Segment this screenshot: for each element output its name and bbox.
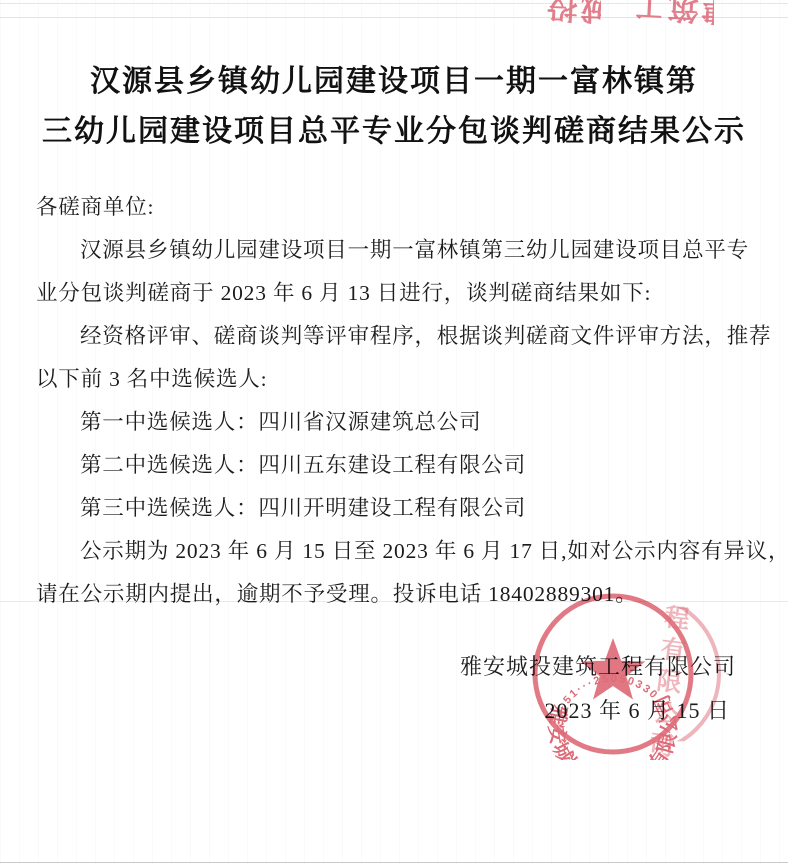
- title-line-2: 三幼儿园建设项目总平专业分包谈判磋商结果公示: [0, 107, 788, 157]
- paragraph-line: 以下前 3 名中选候选人:: [36, 358, 762, 401]
- paragraph-line: 汉源县乡镇幼儿园建设项目一期一富林镇第三幼儿园建设项目总平专: [36, 229, 762, 272]
- candidate-line-second: 第二中选候选人：四川五东建设工程有限公司: [36, 444, 762, 487]
- paragraph-line: 业分包谈判磋商于 2023 年 6 月 13 日进行，谈判磋商结果如下:: [36, 272, 762, 315]
- seal-offset-fragment: 建筑工: [630, 0, 714, 32]
- seal-star-icon: [581, 638, 646, 700]
- salutation-line: 各磋商单位:: [36, 186, 762, 229]
- scanned-document-page: 城投 建筑工 汉源县乡镇幼儿园建设项目一期一富林镇第 三幼儿园建设项目总平专业分…: [0, 0, 788, 865]
- seal-offset-fragment: 城投: [543, 0, 601, 32]
- paragraph-line: 经资格评审、磋商谈判等评审程序，根据谈判磋商文件评审方法，推荐: [36, 315, 762, 358]
- candidate-line-third: 第三中选候选人：四川开明建设工程有限公司: [36, 487, 762, 530]
- document-body: 各磋商单位: 汉源县乡镇幼儿园建设项目一期一富林镇第三幼儿园建设项目总平专 业分…: [36, 186, 762, 616]
- page-bottom-edge: [0, 862, 788, 863]
- company-seal: 雅安城投建筑工程有限公司 51···25050330 程有限公司: [527, 588, 699, 760]
- document-title: 汉源县乡镇幼儿园建设项目一期一富林镇第 三幼儿园建设项目总平专业分包谈判磋商结果…: [0, 57, 788, 157]
- candidate-line-first: 第一中选候选人：四川省汉源建筑总公司: [36, 401, 762, 444]
- title-line-1: 汉源县乡镇幼儿园建设项目一期一富林镇第: [0, 57, 788, 107]
- publicity-period-line: 公示期为 2023 年 6 月 15 日至 2023 年 6 月 17 日,如对…: [36, 530, 762, 573]
